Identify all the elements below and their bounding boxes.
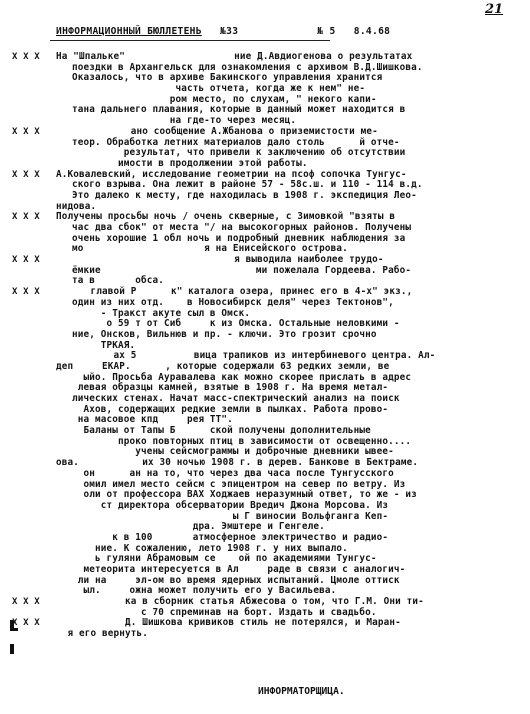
section-marker: X X X	[12, 127, 52, 138]
margin-mark	[10, 628, 18, 631]
document-line: имости в продолжении этой работы.	[0, 159, 530, 170]
section-marker: X X X	[12, 212, 52, 223]
issue-date: 8.4.68	[354, 26, 390, 37]
section-marker: X X X	[12, 597, 52, 608]
document-line: он ан на то, что через два часа после Ту…	[0, 469, 530, 480]
document-line: один из них отд. в Новосибирск деля" чер…	[0, 298, 530, 309]
section-marker: X X X	[12, 618, 52, 629]
document-line: X X X ано сообщение А.Жбанова о приземис…	[0, 127, 530, 138]
document-body: X X XНа "Шпальке" ние Д.Авдиогенова о ре…	[0, 52, 530, 640]
line-text: один из них отд. в Новосибирск деля" чер…	[72, 298, 394, 309]
line-text: ано сообщение А.Жбанова о приземистости …	[56, 127, 378, 138]
line-text: Это далеко к месту, где находилась в 190…	[72, 191, 417, 202]
bulletin-title: ИНФОРМАЦИОННЫЙ БЮЛЛЕТЕНЬ	[56, 26, 202, 37]
bulletin-number: №33	[220, 26, 238, 37]
signature: ИНФОРМАТОРЩИЦА.	[258, 686, 345, 697]
section-marker: X X X	[12, 255, 52, 266]
document-line: ние, Онсков, Вильнюв и пр. - ключи. Это …	[0, 330, 530, 341]
bulletin-header: ИНФОРМАЦИОННЫЙ БЮЛЛЕТЕНЬ №33 № 5 8.4.68	[56, 26, 390, 37]
issue-number: № 5	[317, 26, 335, 37]
margin-mark	[10, 644, 14, 654]
line-text: имости в продолжении этой работы.	[72, 159, 308, 170]
page-number: 21	[485, 2, 503, 17]
line-text: ст директора обсерватории Вредич Джона М…	[72, 501, 388, 512]
header-underline	[50, 40, 330, 41]
document-line: ст директора обсерватории Вредич Джона М…	[0, 501, 530, 512]
section-marker: X X X	[12, 170, 52, 181]
line-text: ние, Онсков, Вильнюв и пр. - ключи. Это …	[72, 330, 377, 341]
document-page: 21 ИНФОРМАЦИОННЫЙ БЮЛЛЕТЕНЬ №33 № 5 8.4.…	[0, 0, 530, 714]
document-line: я его вернуть.	[0, 629, 530, 640]
line-text: я его вернуть.	[56, 629, 148, 640]
section-marker: X X X	[12, 287, 52, 298]
section-marker: X X X	[12, 52, 52, 63]
line-text: он ан на то, что через два часа после Ту…	[72, 469, 394, 480]
